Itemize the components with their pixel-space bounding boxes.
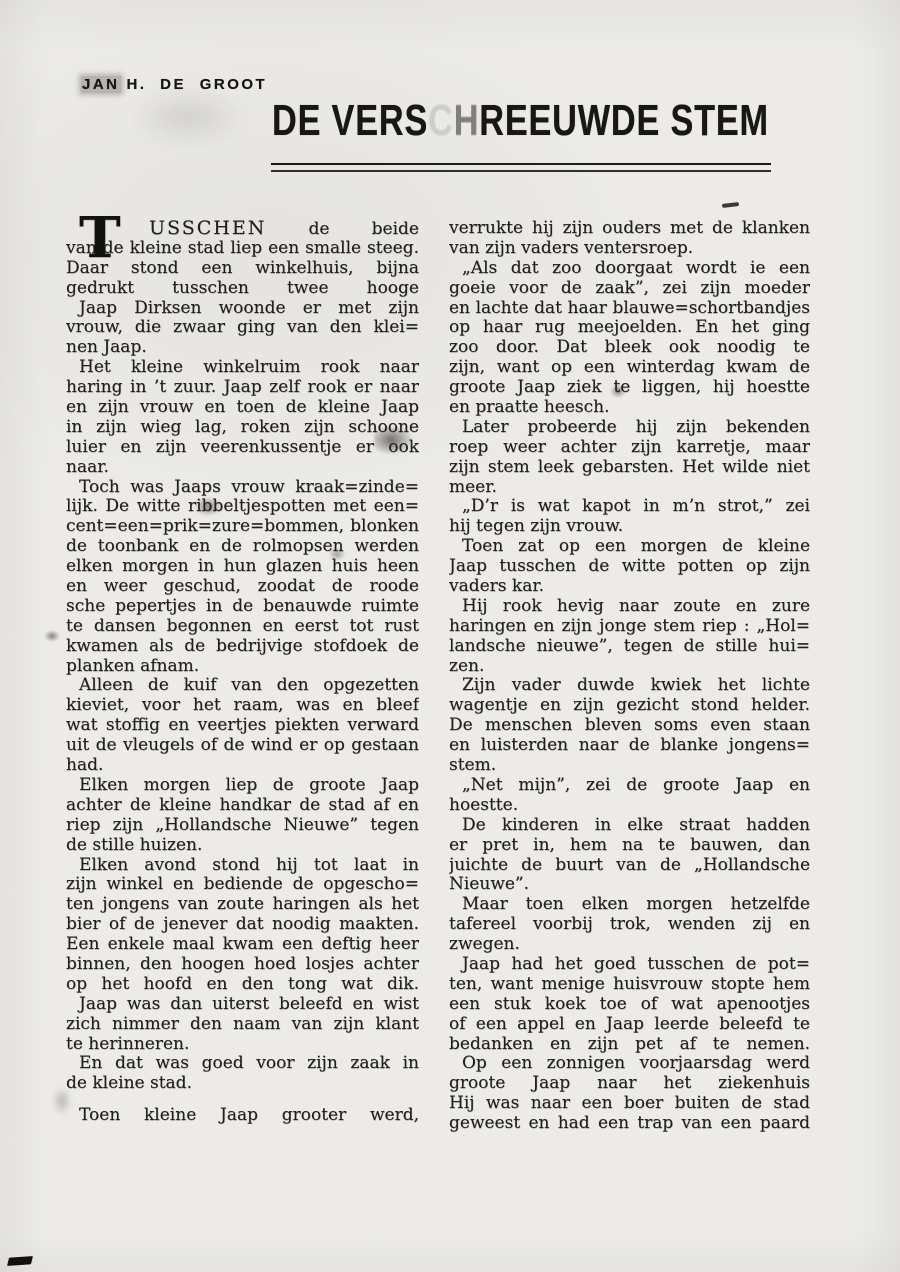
text-line: De kinderen in elke straat hadden [449,816,810,836]
text-line: Jaap Dirksen woonde er met zijn [66,299,419,319]
text-line: zich nimmer den naam van zijn klant [66,1015,419,1035]
text-line: planken afnam. [66,657,419,677]
scan-artifact-dash [722,202,739,208]
title-faded-letter-c: C [428,96,454,145]
text-line: meer. [449,478,810,498]
text-line: De menschen bleven soms even staan [449,716,810,736]
text-line: „D’r is wat kapot in m’n strot,” zei [449,497,810,517]
text-line: had. [66,756,419,776]
text-line: Op een zonnigen voorjaarsdag werd [449,1054,810,1074]
title-end: REEUWDE STEM [479,96,769,145]
drop-cap-letter: T [79,210,121,266]
text-line: en praatte heesch. [449,398,810,418]
text-line: zwegen. [449,935,810,955]
text-line: er pret in, hem na te bauwen, dan [449,836,810,856]
corner-ink-mark [7,1256,33,1266]
author-first-name: JAN [81,76,121,93]
text-line: bedanken en zijn pet af te nemen. [449,1035,810,1055]
text-line: op haar rug meejoelden. En het ging [449,318,810,338]
text-line: zijn winkel en bediende de opgescho= [66,875,419,895]
text-line: elken morgen in hun glazen huis heen [66,557,419,577]
text-line: ten, want menige huisvrouw stopte hem [449,975,810,995]
author-name-rest: H. DE GROOT [127,76,268,93]
text-line: Toch was Jaaps vrouw kraak=zinde= [66,478,419,498]
text-line: Maar toen elken morgen hetzelfde [449,895,810,915]
text-line: Toen kleine Jaap grooter werd, [66,1106,419,1126]
text-line: verrukte hij zijn ouders met de klanken [449,219,810,239]
text-line: een stuk koek toe of wat apenootjes [449,995,810,1015]
text-line: de stille huizen. [66,836,419,856]
text-line: bier of de jenever dat noodig maakten. [66,915,419,935]
text-line: landsche nieuwe”, tegen de stille hui= [449,637,810,657]
text-line: wagentje en zijn gezicht stond helder. [449,696,810,716]
text-line: of een appel en Jaap leerde beleefd te [449,1015,810,1035]
text-line: Jaap had het goed tusschen de pot= [449,955,810,975]
title-rule-top [271,163,771,165]
page-title: DE VERSCHREEUWDE STEM [272,99,769,143]
text-line: riep zijn „Hollandsche Nieuwe” tegen [66,816,419,836]
text-line: de kleine stad. [66,1074,419,1094]
text-line: haringen en zijn jonge stem riep : „Hol= [449,617,810,637]
text-line: Jaap tusschen de witte potten op zijn [449,557,810,577]
title-start: DE VERS [272,96,428,145]
text-line: hoestte. [449,796,810,816]
text-line: op het hoofd en den tong wat dik. [66,975,419,995]
right-text-column: verrukte hij zijn ouders met de klankenv… [449,219,810,1134]
text-line: groote Jaap naar het ziekenhuis gebracht… [449,1074,810,1094]
text-line: groote Jaap ziek te liggen, hij hoestte [449,378,810,398]
text-line: de toonbank en de rolmopsen werden [66,537,419,557]
text-line: en lachte dat haar blauwe=schortbandjes [449,299,810,319]
left-text-column: TUSSCHEN de beide hoofdstratenvan de kle… [66,219,419,1126]
text-line: cent=een=prik=zure=bommen, blonken op [66,517,419,537]
text-line: luier en zijn veerenkussentje er ook [66,438,419,458]
text-line: gedrukt tusschen twee hooge gebouwen. [66,279,419,299]
text-line: nen Jaap. [66,338,419,358]
text-line: zen. [449,657,810,677]
text-line: sche pepertjes in de benauwde ruimte [66,597,419,617]
text-line: Hij rook hevig naar zoute en zure [449,597,810,617]
text-line: tafereel voorbij trok, wenden zij en [449,915,810,935]
text-line: Een enkele maal kwam een deftig heer [66,935,419,955]
text-line: Toen zat op een morgen de kleine [449,537,810,557]
text-line: En dat was goed voor zijn zaak in [66,1054,419,1074]
text-line: van zijn vaders ventersroep. [449,239,810,259]
text-line: te herinneren. [66,1035,419,1055]
text-line: „Als dat zoo doorgaat wordt ie een [449,259,810,279]
text-line: wat stoffig en veertjes piekten verward [66,716,419,736]
text-line: roep weer achter zijn karretje, maar [449,438,810,458]
text-line: achter de kleine handkar de stad af en [66,796,419,816]
text-line: uit de vleugels of de wind er op gestaan [66,736,419,756]
small-caps-word: USSCHEN [149,219,266,239]
text-line: kieviet, voor het raam, was en bleef [66,696,419,716]
text-line: zijn, want op een winterdag kwam de [449,358,810,378]
text-line: Het kleine winkelruim rook naar [66,358,419,378]
text-line: Alleen de kuif van den opgezetten [66,676,419,696]
text-line: Elken morgen liep de groote Jaap [66,776,419,796]
text-line: lijk. De witte ribbeltjespotten met een= [66,497,419,517]
author-byline: JANH. DE GROOT [81,76,267,93]
text-line: zoo door. Dat bleek ook noodig te [449,338,810,358]
text-line: „Net mijn”, zei de groote Jaap en [449,776,810,796]
text-line: hij tegen zijn vrouw. [449,517,810,537]
text-line: zijn stem leek gebarsten. Het wilde niet [449,458,810,478]
title-faded-letter-h: H [454,96,480,145]
text-line: binnen, den hoogen hoed losjes achter [66,955,419,975]
text-line: stem. [449,756,810,776]
text-line: vaders kar. [449,577,810,597]
text-line: Elken avond stond hij tot laat in [66,856,419,876]
text-line: te dansen begonnen en eerst tot rust [66,617,419,637]
text-line: juichte de buurt van de „Hollandsche [449,856,810,876]
text-line: ten jongens van zoute haringen als het [66,895,419,915]
text-line: naar. [66,458,419,478]
text-line: haring in ’t zuur. Jaap zelf rook er naa… [66,378,419,398]
text-line: goeie voor de zaak”, zei zijn moeder [449,279,810,299]
text-line: kwamen als de bedrijvige stofdoek de [66,637,419,657]
text-line: en luisterden naar de blanke jongens= [449,736,810,756]
text-line: en weer geschud, zoodat de roode spaan= [66,577,419,597]
text-line: vrouw, die zwaar ging van den klei= [66,318,419,338]
ink-smudge [128,86,248,148]
text-line: geweest en had een trap van een paard [449,1114,810,1134]
text-line: in zijn wieg lag, roken zijn schoone [66,418,419,438]
text-line: Hij was naar een boer buiten de stad [449,1094,810,1114]
text-line: en zijn vrouw en toen de kleine Jaap [66,398,419,418]
text-line: Nieuwe”. [449,875,810,895]
scanned-page: JANH. DE GROOT DE VERSCHREEUWDE STEM TUS… [0,0,900,1272]
ink-smudge [44,630,60,642]
text-line: Later probeerde hij zijn bekenden [449,418,810,438]
title-rule-bottom [271,170,771,172]
text-line: Zijn vader duwde kwiek het lichte [449,676,810,696]
text-line: Jaap was dan uiterst beleefd en wist [66,995,419,1015]
